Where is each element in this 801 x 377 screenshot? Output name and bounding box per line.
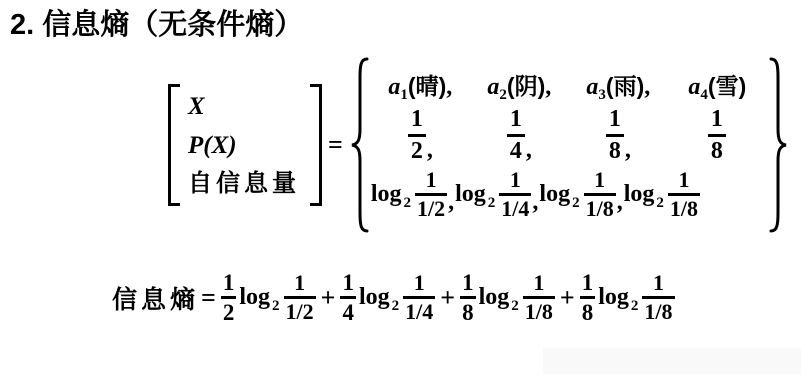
left-curly-brace-icon bbox=[351, 56, 369, 234]
selfinfo-term-4: log211/8 bbox=[624, 168, 700, 221]
entropy-term-4: 18 log2 11/8 bbox=[580, 270, 675, 326]
outcome-a4: a4(雪) bbox=[668, 68, 767, 104]
outcome-a3: a3(雨), bbox=[569, 68, 668, 104]
outcome-a1: a1(晴), bbox=[371, 68, 470, 104]
definition-equation: X P(X) 自信息量 = a1(晴), a2(阴), a3(雨), a4(雪)… bbox=[168, 56, 789, 234]
log-argument-fraction: 11/8 bbox=[642, 271, 674, 324]
fraction: 18 bbox=[708, 106, 726, 164]
right-square-bracket-icon bbox=[310, 84, 322, 207]
fraction-bar bbox=[580, 296, 596, 299]
value-grid: a1(晴), a2(阴), a3(雨), a4(雪) 12, 14, 18, 1… bbox=[371, 68, 767, 221]
equals-sign: = bbox=[328, 130, 343, 160]
fraction: 14 bbox=[507, 106, 525, 164]
fraction: 11/8 bbox=[584, 168, 616, 221]
fraction: 11/8 bbox=[668, 168, 700, 221]
fraction: 12 bbox=[408, 106, 426, 164]
log-argument-fraction: 11/4 bbox=[403, 271, 435, 324]
coefficient-fraction: 14 bbox=[340, 270, 356, 326]
right-curly-brace-icon bbox=[769, 56, 787, 234]
selfinfo-row: log211/2, log211/4, log211/8, log211/8 bbox=[371, 168, 767, 221]
fraction-bar bbox=[340, 296, 356, 299]
fraction: 11/2 bbox=[415, 168, 447, 221]
variable-matrix: X P(X) 自信息量 bbox=[168, 84, 322, 207]
selfinfo-term-2: log211/4 bbox=[455, 168, 531, 221]
matrix-rows: X P(X) 自信息量 bbox=[180, 84, 310, 207]
entropy-term-2: 14 log2 11/4 bbox=[340, 270, 435, 326]
entropy-term-3: 18 log2 11/8 bbox=[460, 270, 555, 326]
plus-sign: + bbox=[321, 283, 336, 313]
fraction-bar bbox=[408, 134, 426, 137]
fraction-bar bbox=[507, 134, 525, 137]
fraction-bar bbox=[708, 134, 726, 137]
selfinfo-term-3: log211/8 bbox=[539, 168, 615, 221]
outcomes-row: a1(晴), a2(阴), a3(雨), a4(雪) bbox=[371, 68, 767, 104]
page-title: 2. 信息熵（无条件熵） bbox=[10, 2, 303, 43]
coefficient-fraction: 12 bbox=[221, 270, 237, 326]
probability-4: 18 bbox=[668, 106, 767, 164]
plus-sign: + bbox=[560, 283, 575, 313]
matrix-row-x: X bbox=[188, 92, 300, 122]
probability-2: 14, bbox=[470, 106, 569, 164]
log-argument-fraction: 11/2 bbox=[284, 271, 316, 324]
selfinfo-term-1: log211/2 bbox=[371, 168, 447, 221]
left-square-bracket-icon bbox=[168, 84, 180, 207]
outcome-a2: a2(阴), bbox=[470, 68, 569, 104]
coefficient-fraction: 18 bbox=[580, 270, 596, 326]
equals-sign: = bbox=[201, 283, 216, 313]
probability-1: 12, bbox=[371, 106, 470, 164]
fraction-bar bbox=[606, 134, 624, 137]
plus-sign: + bbox=[440, 283, 455, 313]
entropy-term-1: 12 log2 11/2 bbox=[221, 270, 316, 326]
fraction: 11/4 bbox=[499, 168, 531, 221]
matrix-row-px: P(X) bbox=[188, 131, 300, 161]
matrix-row-selfinfo: 自信息量 bbox=[188, 170, 300, 199]
fraction-bar bbox=[221, 296, 237, 299]
probabilities-row: 12, 14, 18, 18 bbox=[371, 106, 767, 164]
log-argument-fraction: 11/8 bbox=[523, 271, 555, 324]
coefficient-fraction: 18 bbox=[460, 270, 476, 326]
watermark-patch bbox=[543, 348, 801, 374]
fraction-bar bbox=[460, 296, 476, 299]
entropy-label: 信息熵 bbox=[112, 280, 199, 316]
fraction: 18 bbox=[606, 106, 624, 164]
probability-3: 18, bbox=[569, 106, 668, 164]
entropy-equation: 信息熵 = 12 log2 11/2 + 14 log2 11/4 + 18 l… bbox=[112, 270, 685, 326]
